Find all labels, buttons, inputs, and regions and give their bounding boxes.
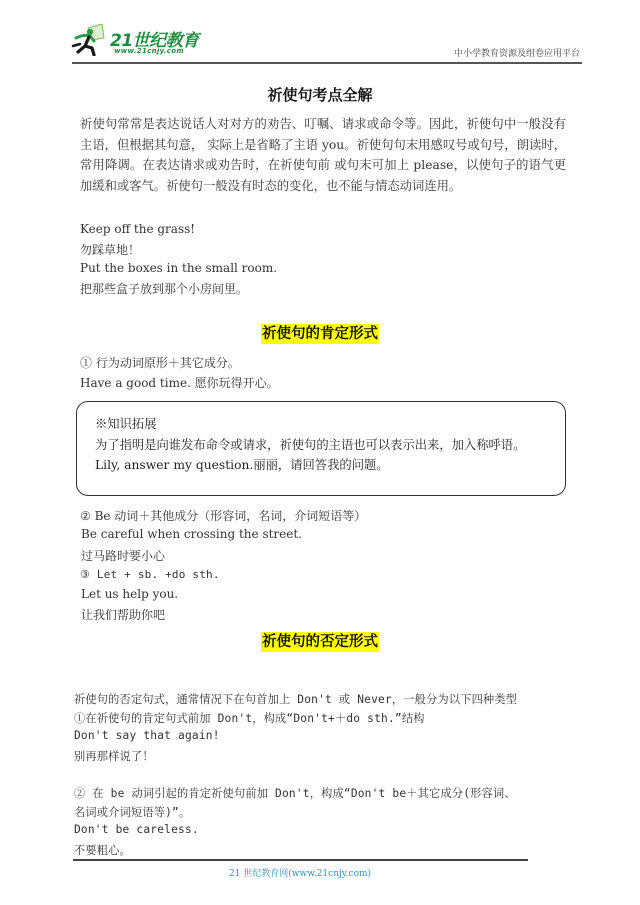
negative-intro: 祈使句的否定句式，通常情况下在句首加上 Don't 或 Never，一般分为以下… bbox=[74, 691, 517, 707]
logo-url-text: www.21cnjy.com bbox=[114, 47, 184, 55]
negative-rule-2-example-zh: 不要粗心。 bbox=[74, 842, 131, 858]
affirmative-rule-3-text: ③ Let + sb. +do sth. bbox=[80, 568, 220, 581]
runner-logo-icon bbox=[70, 24, 110, 56]
negative-rule-1-example-en: Don't say that again! bbox=[74, 729, 220, 742]
site-logo[interactable]: 21世纪教育 www.21cnjy.com bbox=[70, 22, 240, 58]
note-line-1: 为了指明是向谁发布命令或请求，祈使句的主语也可以表示出来，加入称呼语。 bbox=[95, 435, 525, 453]
negative-rule-2-line-1: ② 在 be 动词引起的肯定祈使句前加 Don't，构成“Don't be＋其它… bbox=[74, 785, 516, 801]
affirmative-rule-3: ③ Let + sb. +do sth. bbox=[80, 567, 220, 581]
affirmative-rule-1: ① 行为动词原形＋其它成分。 bbox=[80, 354, 240, 371]
note-line-2: Lily, answer my question.丽丽，请回答我的问题。 bbox=[95, 455, 389, 473]
header-divider bbox=[72, 62, 582, 64]
page-title: 祈使句考点全解 bbox=[0, 84, 640, 105]
example-en-1: Keep off the grass! bbox=[80, 222, 195, 236]
footer-link[interactable]: 21 世纪教育网(www.21cnjy.com) bbox=[0, 866, 600, 879]
affirmative-heading: 祈使句的肯定形式 bbox=[0, 322, 640, 343]
affirmative-heading-text: 祈使句的肯定形式 bbox=[261, 324, 379, 344]
negative-heading-text: 祈使句的否定形式 bbox=[261, 632, 379, 652]
intro-paragraph: 祈使句常常是表达说话人对对方的劝告、叮嘱、请求或命令等。因此，祈使句中一般没有主… bbox=[80, 114, 566, 196]
negative-rule-1: ①在祈使句的肯定句式前加 Don't，构成“Don't+＋do sth.”结构 bbox=[74, 710, 425, 726]
example-zh-1: 勿踩草地！ bbox=[80, 241, 140, 258]
affirmative-rule-1-example: Have a good time. 愿你玩得开心。 bbox=[80, 374, 279, 391]
page-header: 21世纪教育 www.21cnjy.com 中小学教育资源及组卷应用平台 bbox=[60, 18, 582, 68]
affirmative-rule-3-example-zh: 让我们帮助你吧 bbox=[81, 606, 165, 623]
affirmative-rule-2-example-zh: 过马路时要小心 bbox=[81, 547, 165, 564]
note-title: ※知识拓展 bbox=[95, 414, 157, 432]
header-tagline: 中小学教育资源及组卷应用平台 bbox=[454, 46, 580, 59]
knowledge-extension-box: ※知识拓展 为了指明是向谁发布命令或请求，祈使句的主语也可以表示出来，加入称呼语… bbox=[76, 401, 566, 496]
negative-rule-2-example-en: Don't be careless. bbox=[74, 823, 199, 836]
negative-rule-1-example-zh: 别再那样说了！ bbox=[74, 748, 154, 764]
example-zh-2: 把那些盒子放到那个小房间里。 bbox=[80, 280, 248, 297]
example-en-2: Put the boxes in the small room. bbox=[80, 261, 277, 275]
footer-divider bbox=[73, 859, 528, 861]
affirmative-rule-2-example-en: Be careful when crossing the street. bbox=[81, 527, 302, 541]
affirmative-rule-2: ② Be 动词＋其他成分（形容词，名词，介词短语等） bbox=[80, 507, 366, 524]
affirmative-rule-3-example-en: Let us help you. bbox=[81, 587, 178, 601]
negative-rule-2-line-2: 名词或介词短语等)”。 bbox=[74, 804, 190, 820]
negative-heading: 祈使句的否定形式 bbox=[0, 630, 640, 651]
